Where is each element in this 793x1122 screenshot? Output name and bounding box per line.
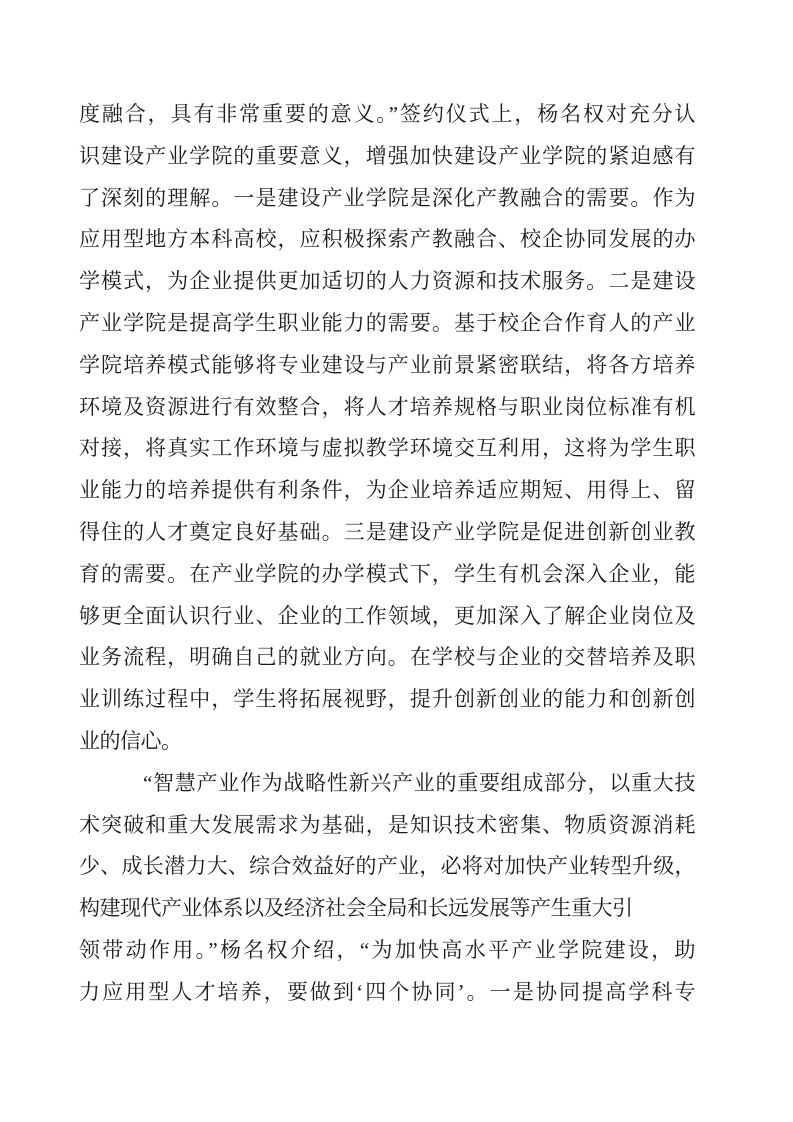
text-line: 度融合，具有非常重要的意义。”签约仪式上，杨名权对充分认	[79, 94, 695, 136]
text-line: 了深刻的理解。一是建设产业学院是深化产教融合的需要。作为	[79, 178, 695, 220]
text-line: 业务流程，明确自己的就业方向。在学校与企业的交替培养及职	[79, 637, 695, 679]
text-line: 够更全面认识行业、企业的工作领域，更加深入了解企业岗位及	[79, 596, 695, 638]
text-line: 业的信心。	[79, 721, 695, 763]
text-line: 育的需要。在产业学院的办学模式下，学生有机会深入企业，能	[79, 554, 695, 596]
text-line: 学院培养模式能够将专业建设与产业前景紧密联结，将各方培养	[79, 345, 695, 387]
text-line: 业训练过程中，学生将拓展视野，提升创新创业的能力和创新创	[79, 679, 695, 721]
document-page: 度融合，具有非常重要的意义。”签约仪式上，杨名权对充分认 识建设产业学院的重要意…	[0, 0, 793, 1122]
paragraph-2: “智慧产业作为战略性新兴产业的重要组成部分，以重大技 术突破和重大发展需求为基础…	[79, 763, 695, 1014]
text-line: “智慧产业作为战略性新兴产业的重要组成部分，以重大技	[79, 763, 695, 805]
text-line: 对接，将真实工作环境与虚拟教学环境交互利用，这将为学生职	[79, 428, 695, 470]
text-line: 学模式，为企业提供更加适切的人力资源和技术服务。二是建设	[79, 261, 695, 303]
paragraph-1: 度融合，具有非常重要的意义。”签约仪式上，杨名权对充分认 识建设产业学院的重要意…	[79, 94, 695, 763]
text-line: 少、成长潜力大、综合效益好的产业，必将对加快产业转型升级，	[79, 846, 695, 888]
text-line: 业能力的培养提供有利条件，为企业培养适应期短、用得上、留	[79, 470, 695, 512]
text-line: 应用型地方本科高校，应积极探索产教融合、校企协同发展的办	[79, 219, 695, 261]
text-line: 构建现代产业体系以及经济社会全局和长远发展等产生重大引	[79, 888, 695, 930]
text-line: 领带动作用。”杨名权介绍，“为加快高水平产业学院建设，助	[79, 930, 695, 972]
text-line: 力应用型人才培养，要做到‘四个协同’。一是协同提高学科专	[79, 972, 695, 1014]
text-line: 产业学院是提高学生职业能力的需要。基于校企合作育人的产业	[79, 303, 695, 345]
document-text-block: 度融合，具有非常重要的意义。”签约仪式上，杨名权对充分认 识建设产业学院的重要意…	[79, 94, 695, 1014]
text-line: 得住的人才奠定良好基础。三是建设产业学院是促进创新创业教	[79, 512, 695, 554]
text-line: 术突破和重大发展需求为基础，是知识技术密集、物质资源消耗	[79, 805, 695, 847]
text-line: 环境及资源进行有效整合，将人才培养规格与职业岗位标准有机	[79, 387, 695, 429]
text-line: 识建设产业学院的重要意义，增强加快建设产业学院的紧迫感有	[79, 136, 695, 178]
